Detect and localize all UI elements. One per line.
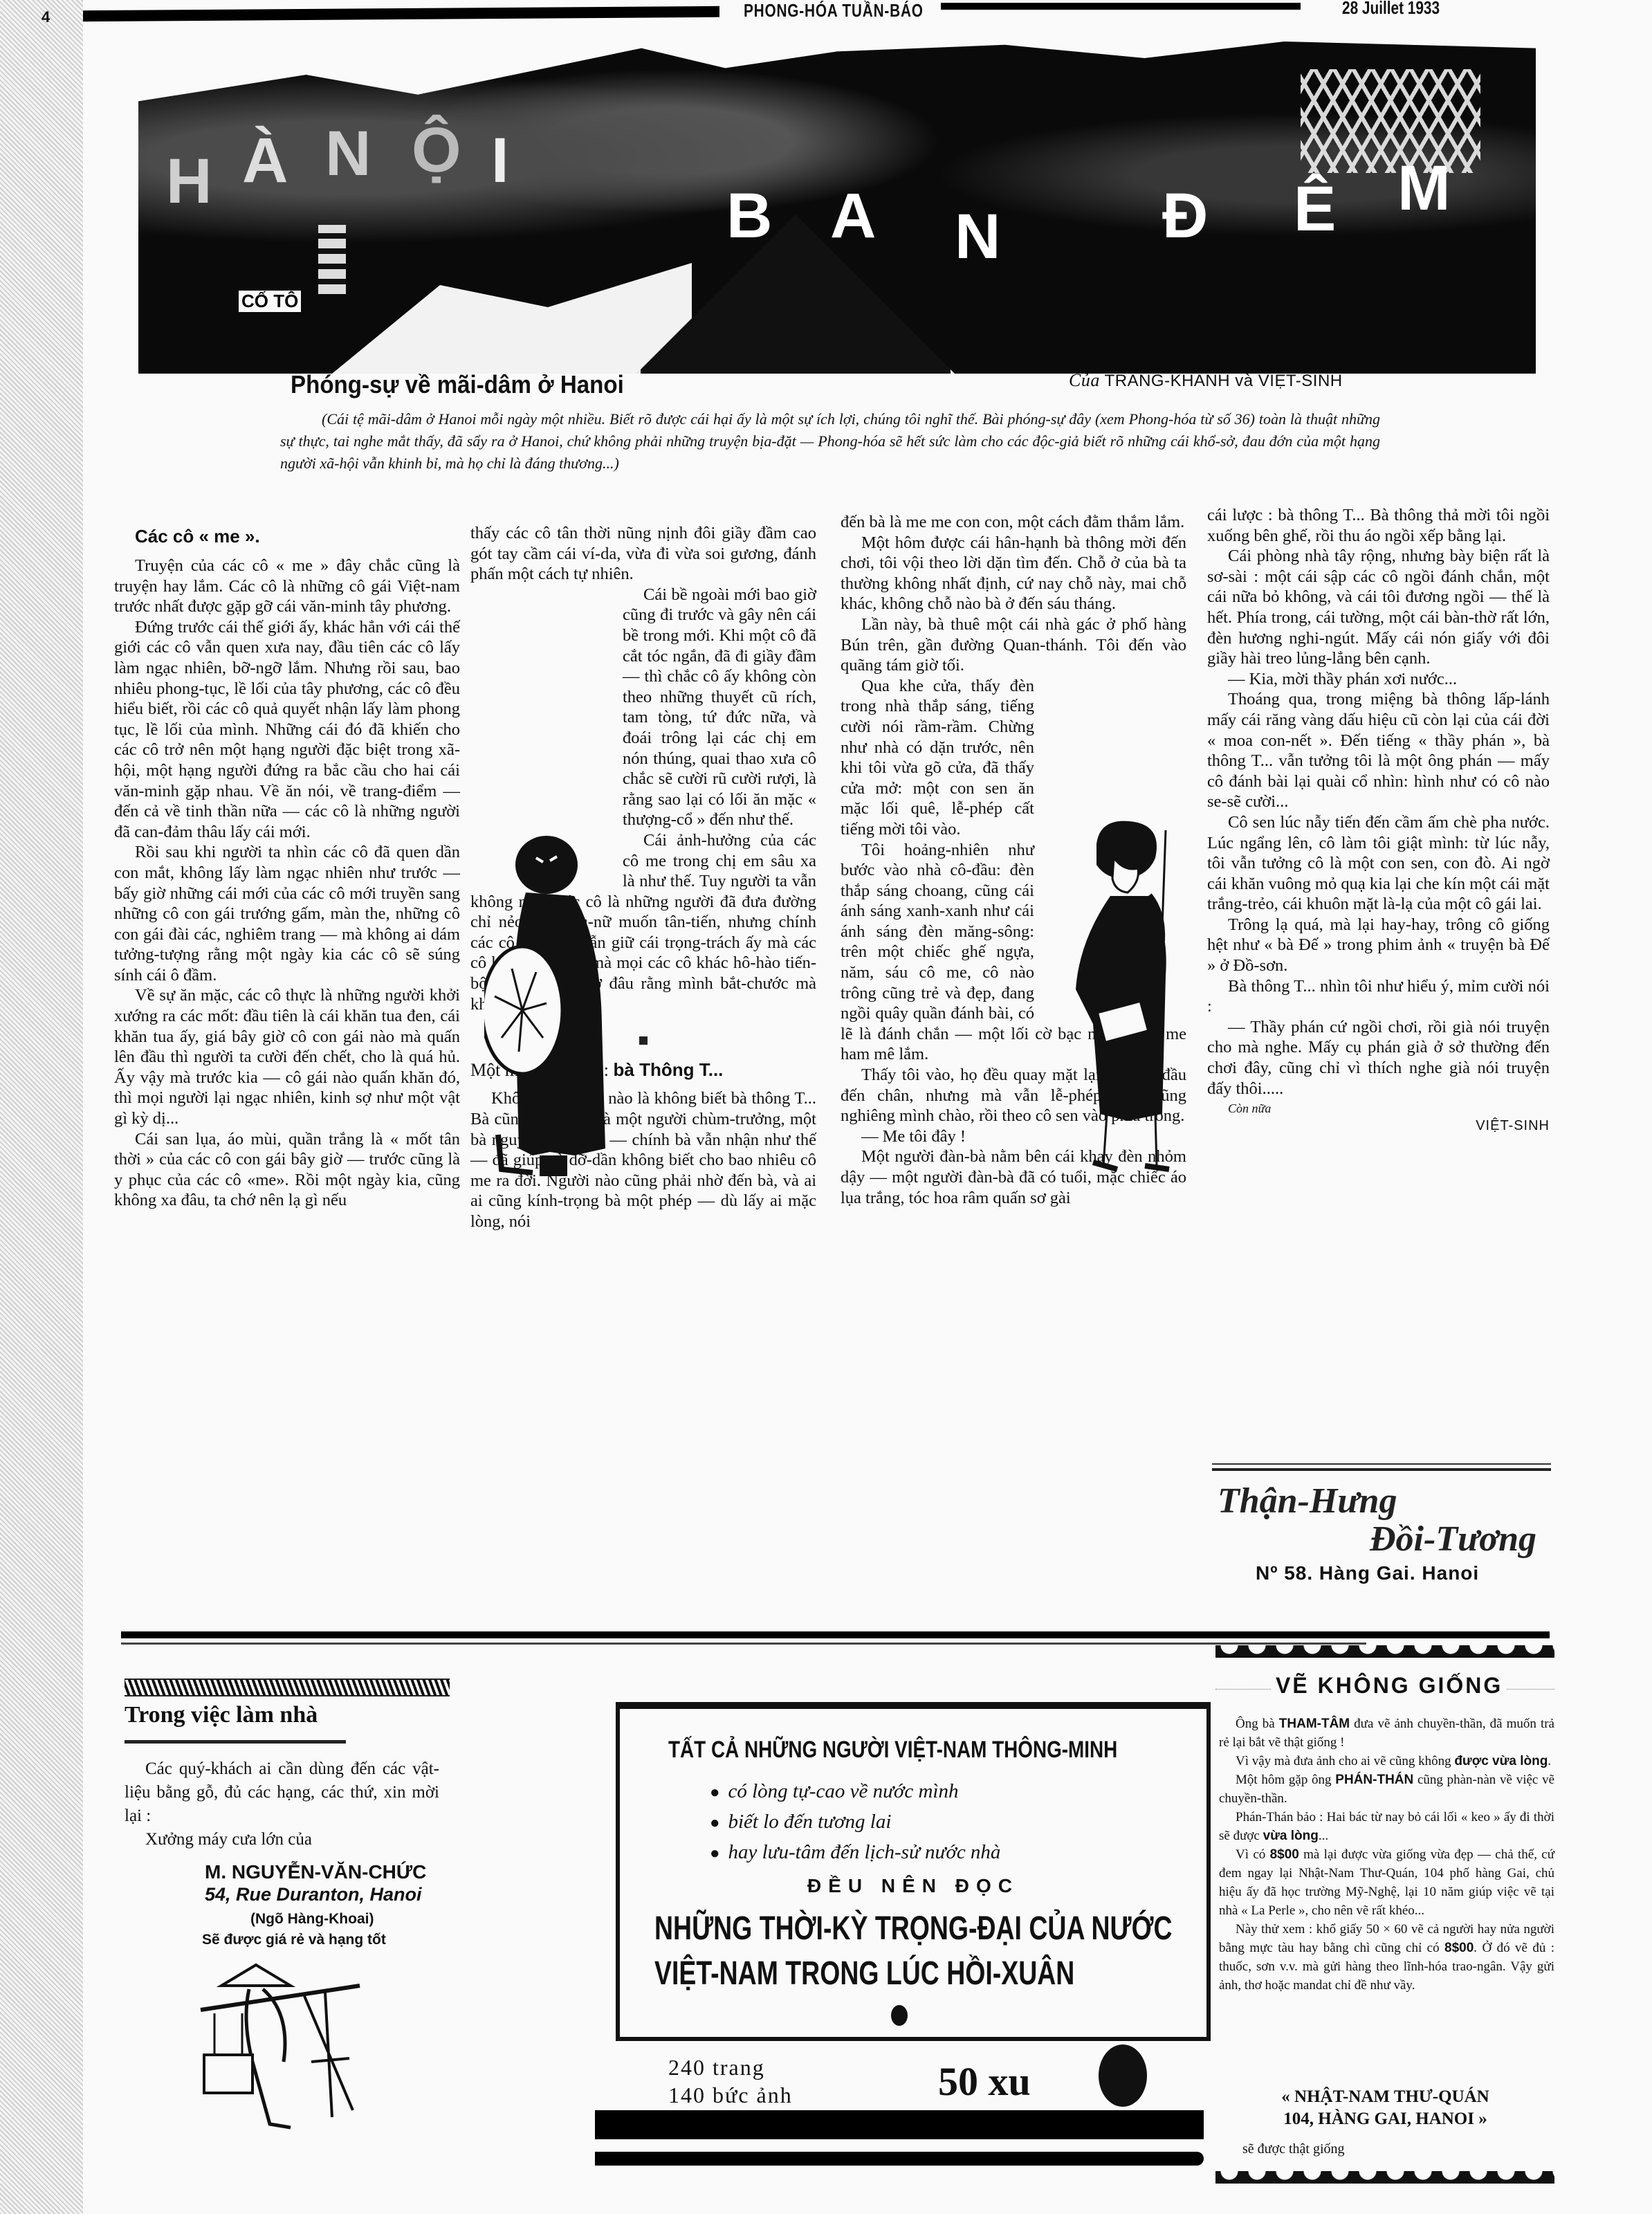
article-column-1: Các cô « me ». Truyện của các cô « me » … [114, 526, 460, 1211]
bridge-icon [1301, 69, 1480, 173]
banner-letter: Ộ [412, 114, 461, 187]
masthead-rule [83, 6, 719, 21]
ad-brand-line-1: Thận-Hưng [1218, 1481, 1397, 1521]
book-advertisement: TẤT CẢ NHỮNG NGƯỜI VIỆT-NAM THÔNG-MINH c… [616, 1702, 1211, 2041]
paragraph: Cái san lụa, áo mùi, quần trắng là « mốt… [114, 1129, 460, 1211]
ad-title: Trong việc làm nhà [125, 1702, 318, 1728]
paragraph: Bà thông T... nhìn tôi như hiểu ý, mỉm c… [1207, 976, 1550, 1017]
ad-owner-name: M. NGUYỄN-VĂN-CHỨC [205, 1861, 426, 1883]
paragraph: Cô sen lúc nẫy tiến đến cầm ấm chè pha n… [1207, 812, 1550, 915]
paragraph: Này thử xem : khổ giấy 50 × 60 vẽ cả ngư… [1219, 1920, 1554, 1995]
ad-bullet-list: có lòng tự-cao về nước mình biết lo đến … [710, 1777, 1000, 1868]
banner-letter: N [325, 118, 371, 190]
porter-carrying-box-illustration [194, 1958, 367, 2138]
list-item: hay lưu-tâm đến lịch-sử nước nhà [710, 1838, 1000, 1868]
issue-date: 28 Juillet 1933 [1342, 0, 1440, 19]
divider [1212, 1468, 1551, 1471]
paragraph: thấy các cô tân thời nũng nịnh đôi giầy … [470, 523, 816, 585]
list-item: biết lo đến tương lai [710, 1807, 1000, 1838]
woman-smoking-illustration [1058, 816, 1204, 1176]
article-column-4: cái lược : bà thông T... Bà thông thả mờ… [1207, 505, 1550, 1134]
paragraph: Thoáng qua, trong miệng bà thông lấp-lán… [1207, 689, 1550, 812]
section-divider [121, 1631, 1550, 1638]
title-underline [125, 1740, 346, 1744]
paragraph: Truyện của các cô « me » đây chắc cũng l… [114, 556, 460, 617]
header-illustration: H À N Ộ I B A N Đ Ê M [138, 42, 1536, 374]
ad-body: Ông bà THAM-TÂM đưa vẽ ảnh chuyền-thần, … [1219, 1714, 1554, 1995]
paragraph: Phán-Thán bảo : Hai bác từ nay bỏ cái lố… [1219, 1808, 1554, 1845]
paragraph: — Thầy phán cứ ngồi chơi, rồi già nói tr… [1207, 1017, 1550, 1099]
book-price: 50 xu [938, 2058, 1031, 2105]
ad-address: Nº 58. Hàng Gai. Hanoi [1256, 1562, 1479, 1584]
paragraph: Lần này, bà thuê một cái nhà gác ở phố h… [841, 614, 1186, 676]
paragraph: Vì vậy mà đưa ảnh cho ai vẽ cũng không đ… [1219, 1752, 1554, 1771]
banner-letter: Đ [1162, 180, 1208, 253]
ad-call-to-action: ĐỀU NÊN ĐỌC [620, 1875, 1206, 1897]
paragraph: cái lược : bà thông T... Bà thông thả mờ… [1207, 505, 1550, 546]
divider [595, 2152, 1204, 2166]
ad-street: 54, Rue Duranton, Hanoi [205, 1884, 422, 1905]
masthead: 4 PHONG-HÓA TUẦN-BÁO 28 Juillet 1933 [42, 0, 1619, 28]
publication-name: PHONG-HÓA TUẦN-BÁO [744, 0, 924, 21]
ad-brand-line-2: Đồi-Tương [1370, 1519, 1536, 1559]
paragraph: Trông lạ quá, mà lại hay-hay, trông cô g… [1207, 915, 1550, 976]
banner-letter: M [1397, 152, 1451, 225]
ad-title: VẼ KHÔNG GIỐNG [1272, 1673, 1507, 1699]
divider [1212, 1463, 1551, 1465]
author-signature: VIỆT-SINH [1207, 1118, 1550, 1134]
paragraph: Cái phòng nhà tây rộng, nhưng bày biện r… [1207, 546, 1550, 669]
section-divider [121, 1643, 1366, 1645]
ad-promo: Sẽ được giá rẻ và hạng tốt [202, 1932, 386, 1948]
ad-body: Các quý-khách ai cần dùng đến các vật-li… [125, 1757, 439, 1851]
banner-letter: B [726, 180, 772, 253]
bullet-dot-icon [891, 2005, 908, 2026]
continued-note: Còn nữa [1207, 1099, 1550, 1119]
divider [595, 2110, 1204, 2139]
page-scan-edge [0, 0, 83, 2214]
banner-letter: I [491, 125, 509, 197]
banner-letter: A [830, 180, 876, 253]
article-lead: (Cái tệ mãi-dâm ở Hanoi mỗi ngày một nhi… [280, 408, 1380, 475]
paragraph: Vì có 8$00 mà lại được vừa giống vừa đẹp… [1219, 1845, 1554, 1920]
ad-tagline: sẽ được thật giống [1242, 2141, 1345, 2157]
list-item: có lòng tự-cao về nước mình [710, 1777, 1000, 1807]
paragraph: Một hôm được cái hân-hạnh bà thông mời đ… [841, 533, 1186, 614]
ad-headline: TẤT CẢ NHỮNG NGƯỜI VIỆT-NAM THÔNG-MINH [668, 1737, 1117, 1764]
artist-signature: CỐ TÔ [239, 291, 301, 312]
wavy-border [1215, 2171, 1554, 2184]
byline-prefix: Của [1069, 370, 1100, 390]
paragraph: Đứng trước cái thế giới ấy, khác hẳn với… [114, 617, 460, 843]
banner-letter: N [955, 201, 1000, 273]
paragraph: đến bà là me me con con, một cách đằm th… [841, 512, 1186, 533]
paragraph: Ông bà THAM-TÂM đưa vẽ ảnh chuyền-thần, … [1219, 1714, 1554, 1752]
window-shape [318, 225, 346, 294]
masthead-rule [941, 3, 1301, 10]
page-number: 4 [42, 8, 50, 26]
woman-with-hat-illustration [484, 830, 630, 1190]
article-title: Phóng-sự về mãi-dâm ở Hanoi [291, 370, 624, 399]
book-title-line-2: VIỆT-NAM TRONG LÚC HỒI-XUÂN [654, 1955, 1074, 1993]
banner-letter: À [242, 125, 288, 197]
section-heading: Các cô « me ». [114, 526, 460, 547]
book-title-line-1: NHỮNG THỜI-KỲ TRỌNG-ĐẠI CỦA NƯỚC [654, 1910, 1173, 1948]
article-byline: Của TRÀNG-KHANH và VIỆT-SINH [1069, 370, 1343, 391]
ad-alley: (Ngõ Hàng-Khoai) [250, 1911, 374, 1928]
shop-name-address: « NHẬT-NAM THƯ-QUÁN 104, HÀNG GAI, HANOI… [1218, 2086, 1553, 2130]
banner-letter: H [166, 145, 212, 218]
paragraph: Rồi sau khi người ta nhìn các cô đã quen… [114, 842, 460, 985]
wavy-border [1215, 1645, 1554, 1658]
bullet-dot-icon [1099, 2044, 1147, 2107]
book-details: 240 trang 140 bức ảnh [668, 2053, 793, 2109]
paragraph: — Kia, mời thầy phán xơi nước... [1207, 669, 1550, 690]
hatched-border [125, 1678, 450, 1696]
byline-authors: TRÀNG-KHANH và VIỆT-SINH [1105, 372, 1343, 390]
banner-letter: Ê [1294, 173, 1336, 246]
paragraph: Về sự ăn mặc, các cô thực là những người… [114, 985, 460, 1128]
paragraph: Một hôm gặp ông PHÁN-THÁN cũng phàn-nàn … [1219, 1771, 1554, 1808]
